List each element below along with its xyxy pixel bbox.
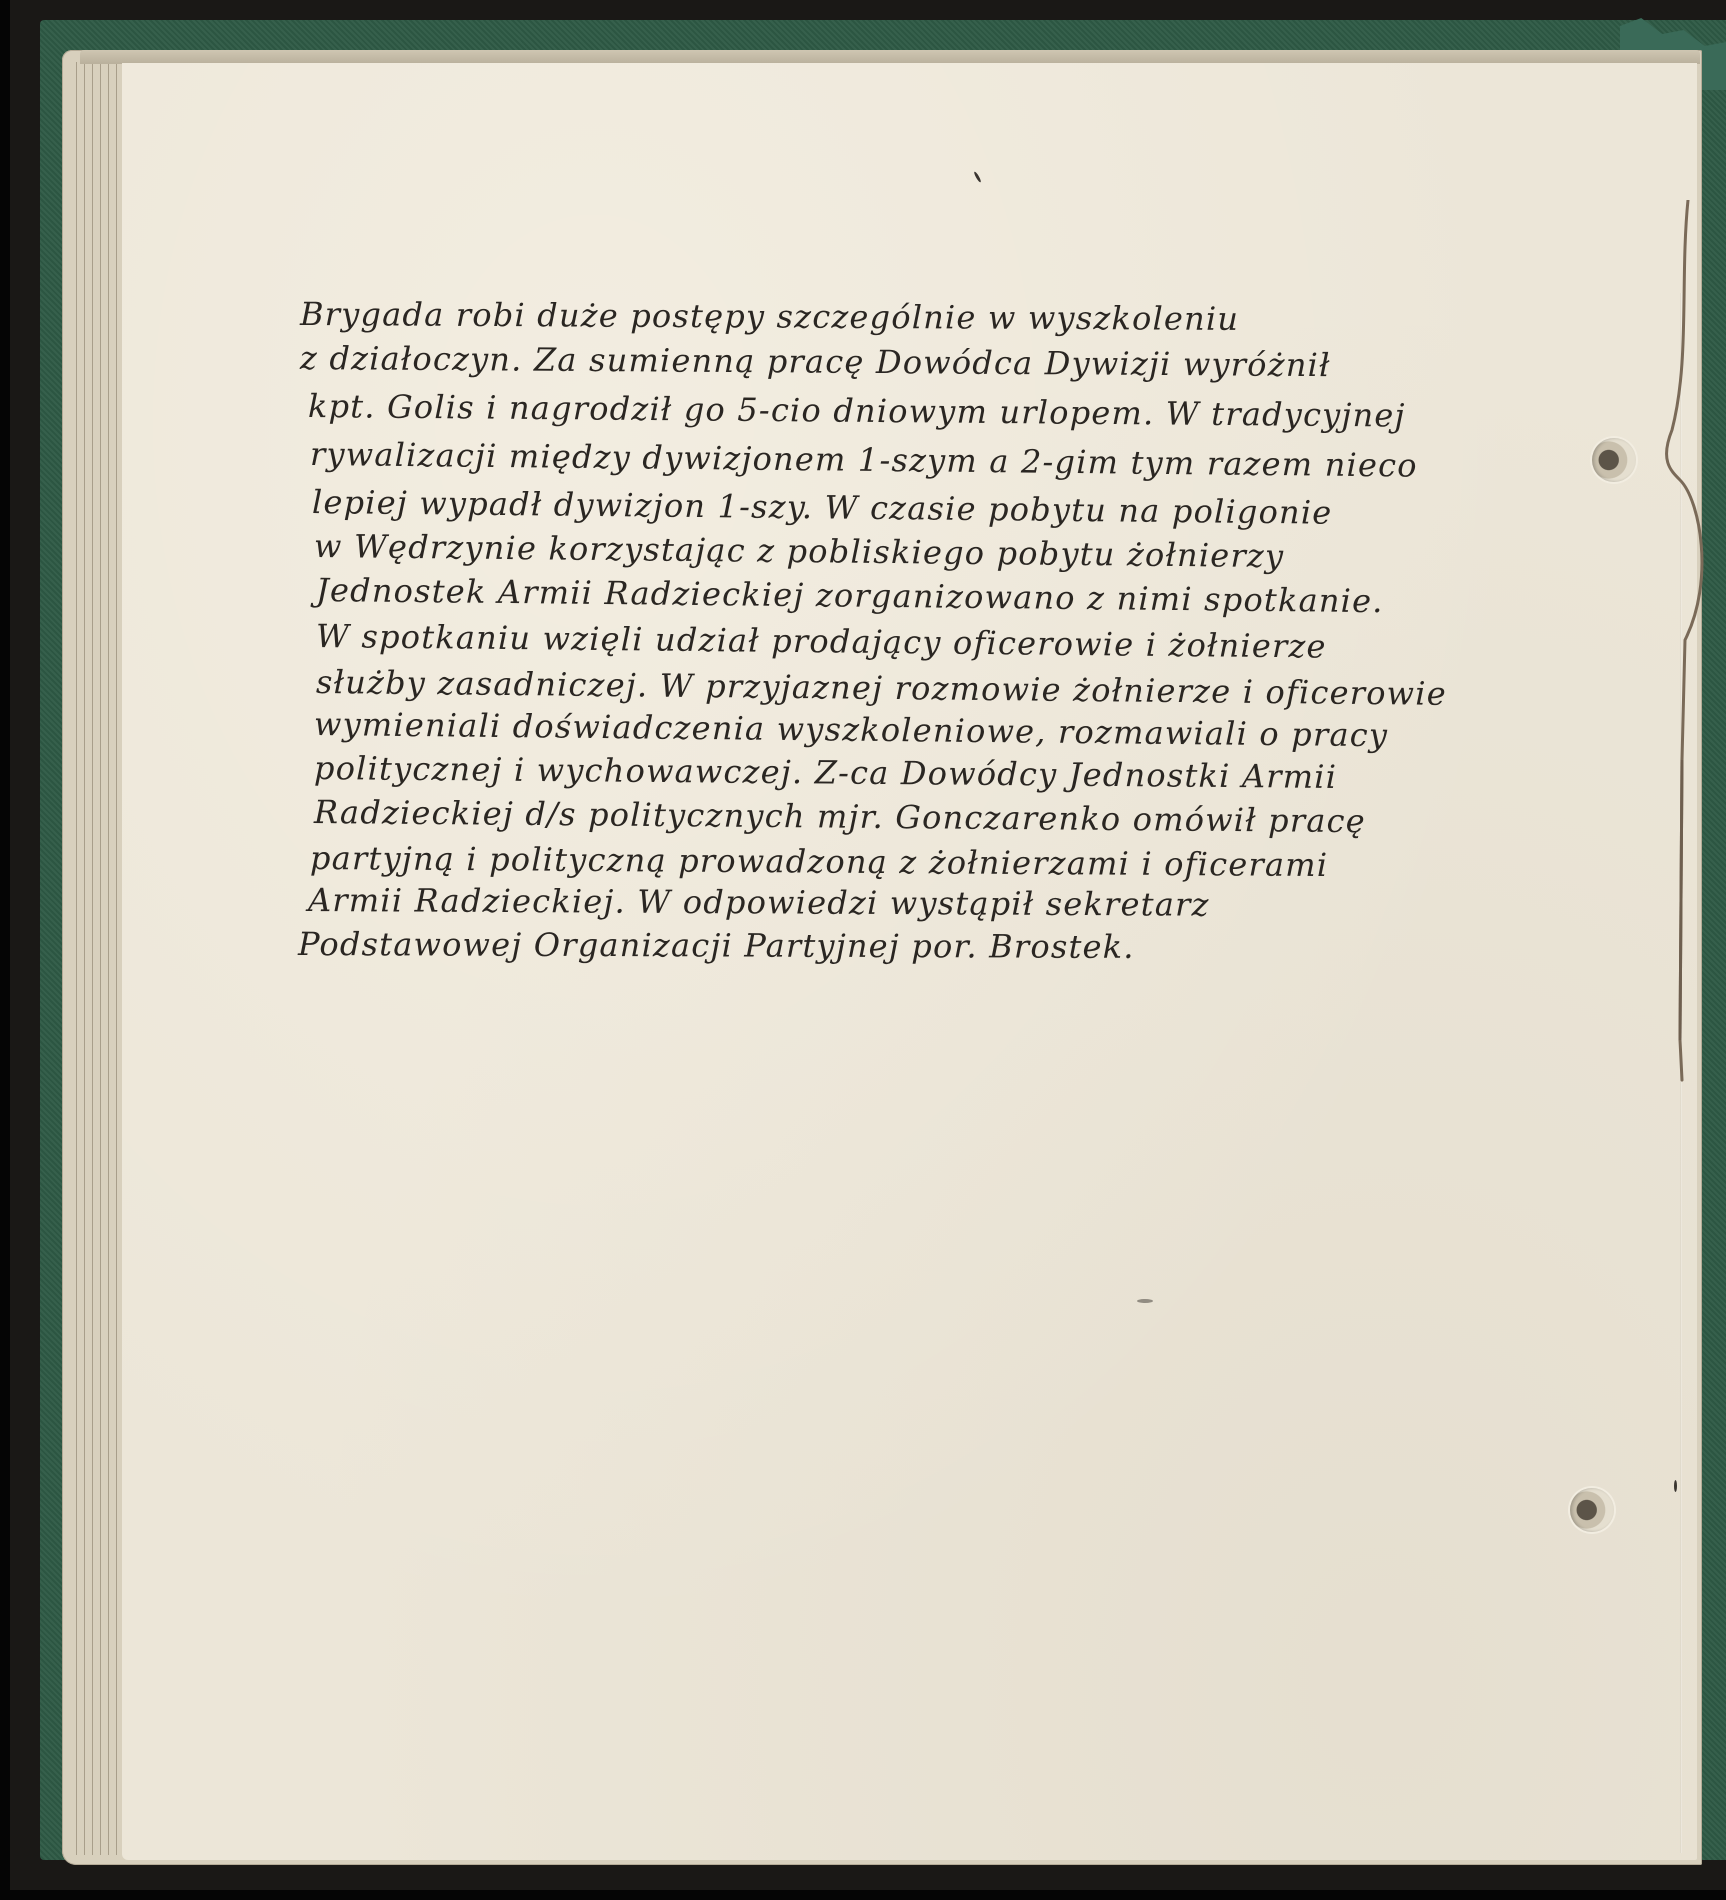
ink-speck bbox=[1137, 1299, 1153, 1303]
text-line: Armii Radzieckiej. W odpowiedzi wystąpił… bbox=[308, 881, 1210, 924]
text-line: Podstawowej Organizacji Partyjnej por. B… bbox=[298, 925, 1135, 966]
text-line: partyjną i polityczną prowadzoną z żołni… bbox=[310, 839, 1328, 884]
page-stack-top bbox=[80, 50, 1700, 64]
scanned-book-page: Brygada robi duże postępy szczególnie w … bbox=[0, 0, 1726, 1900]
ink-speck bbox=[1674, 1480, 1677, 1492]
scan-border-bottom bbox=[0, 1890, 1726, 1900]
scan-border-left bbox=[0, 0, 10, 1900]
punch-hole-top bbox=[1592, 438, 1636, 482]
text-line: Brygada robi duże postępy szczególnie w … bbox=[300, 295, 1239, 338]
punch-hole-bottom bbox=[1570, 1488, 1614, 1532]
binding-thread-icon bbox=[1620, 200, 1710, 1280]
text-line: z działoczyn. Za sumienną pracę Dowódca … bbox=[300, 339, 1331, 384]
